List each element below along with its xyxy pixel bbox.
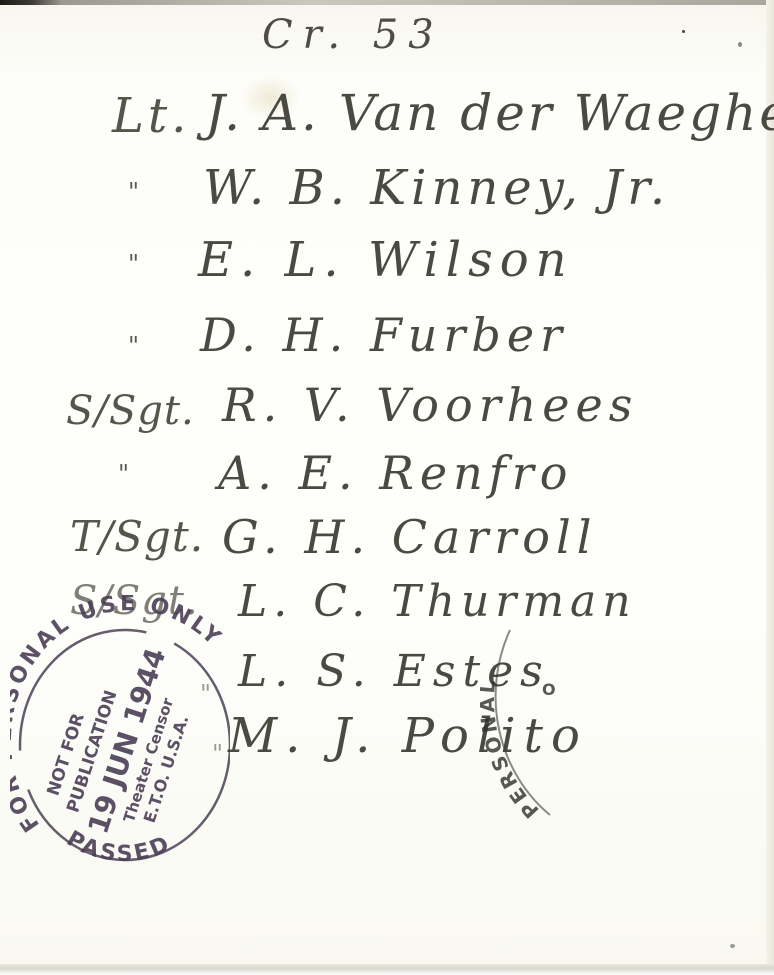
entry-rank: T/Sgt. (70, 512, 204, 561)
scan-bottom-edge (0, 964, 774, 975)
partial-stamp-text: PERSONAL (480, 677, 544, 820)
svg-text:PERSONAL: PERSONAL (480, 677, 544, 820)
entry-rank: Lt. (112, 88, 190, 144)
scan-top-edge (0, 0, 774, 5)
censor-stamp: FOR PERSONAL USE ONLY PASSED NOT FOR PUB… (10, 595, 230, 865)
entry-name: A. E. Renfro (218, 446, 573, 500)
partial-stamp-fragment: O (542, 680, 556, 699)
entry-name: W. B. Kinney, Jr. (203, 160, 670, 216)
entry-name: D. H. Furber (200, 308, 568, 362)
entry-name: J. A. Van der Waeghen (205, 84, 774, 142)
entry-rank-ditto: " (128, 332, 143, 360)
entry-rank-ditto: " (128, 178, 143, 206)
ink-speck (682, 30, 685, 33)
entry-name: R. V. Voorhees (222, 378, 638, 432)
crew-number-header: Cr. 53 (262, 12, 444, 58)
ink-speck (738, 42, 742, 47)
entry-rank-ditto: " (118, 460, 133, 488)
stamp-bottom-text: PASSED (62, 826, 175, 865)
entry-rank: S/Sgt. (66, 388, 195, 434)
ink-speck (730, 944, 735, 948)
entry-name: G. H. Carroll (222, 510, 597, 564)
svg-text:PASSED: PASSED (62, 826, 175, 865)
entry-rank-ditto: " (128, 250, 143, 278)
partial-censor-stamp: PERSONAL O (480, 600, 610, 820)
scan-right-edge (766, 0, 774, 975)
entry-name: E. L. Wilson (198, 232, 574, 288)
